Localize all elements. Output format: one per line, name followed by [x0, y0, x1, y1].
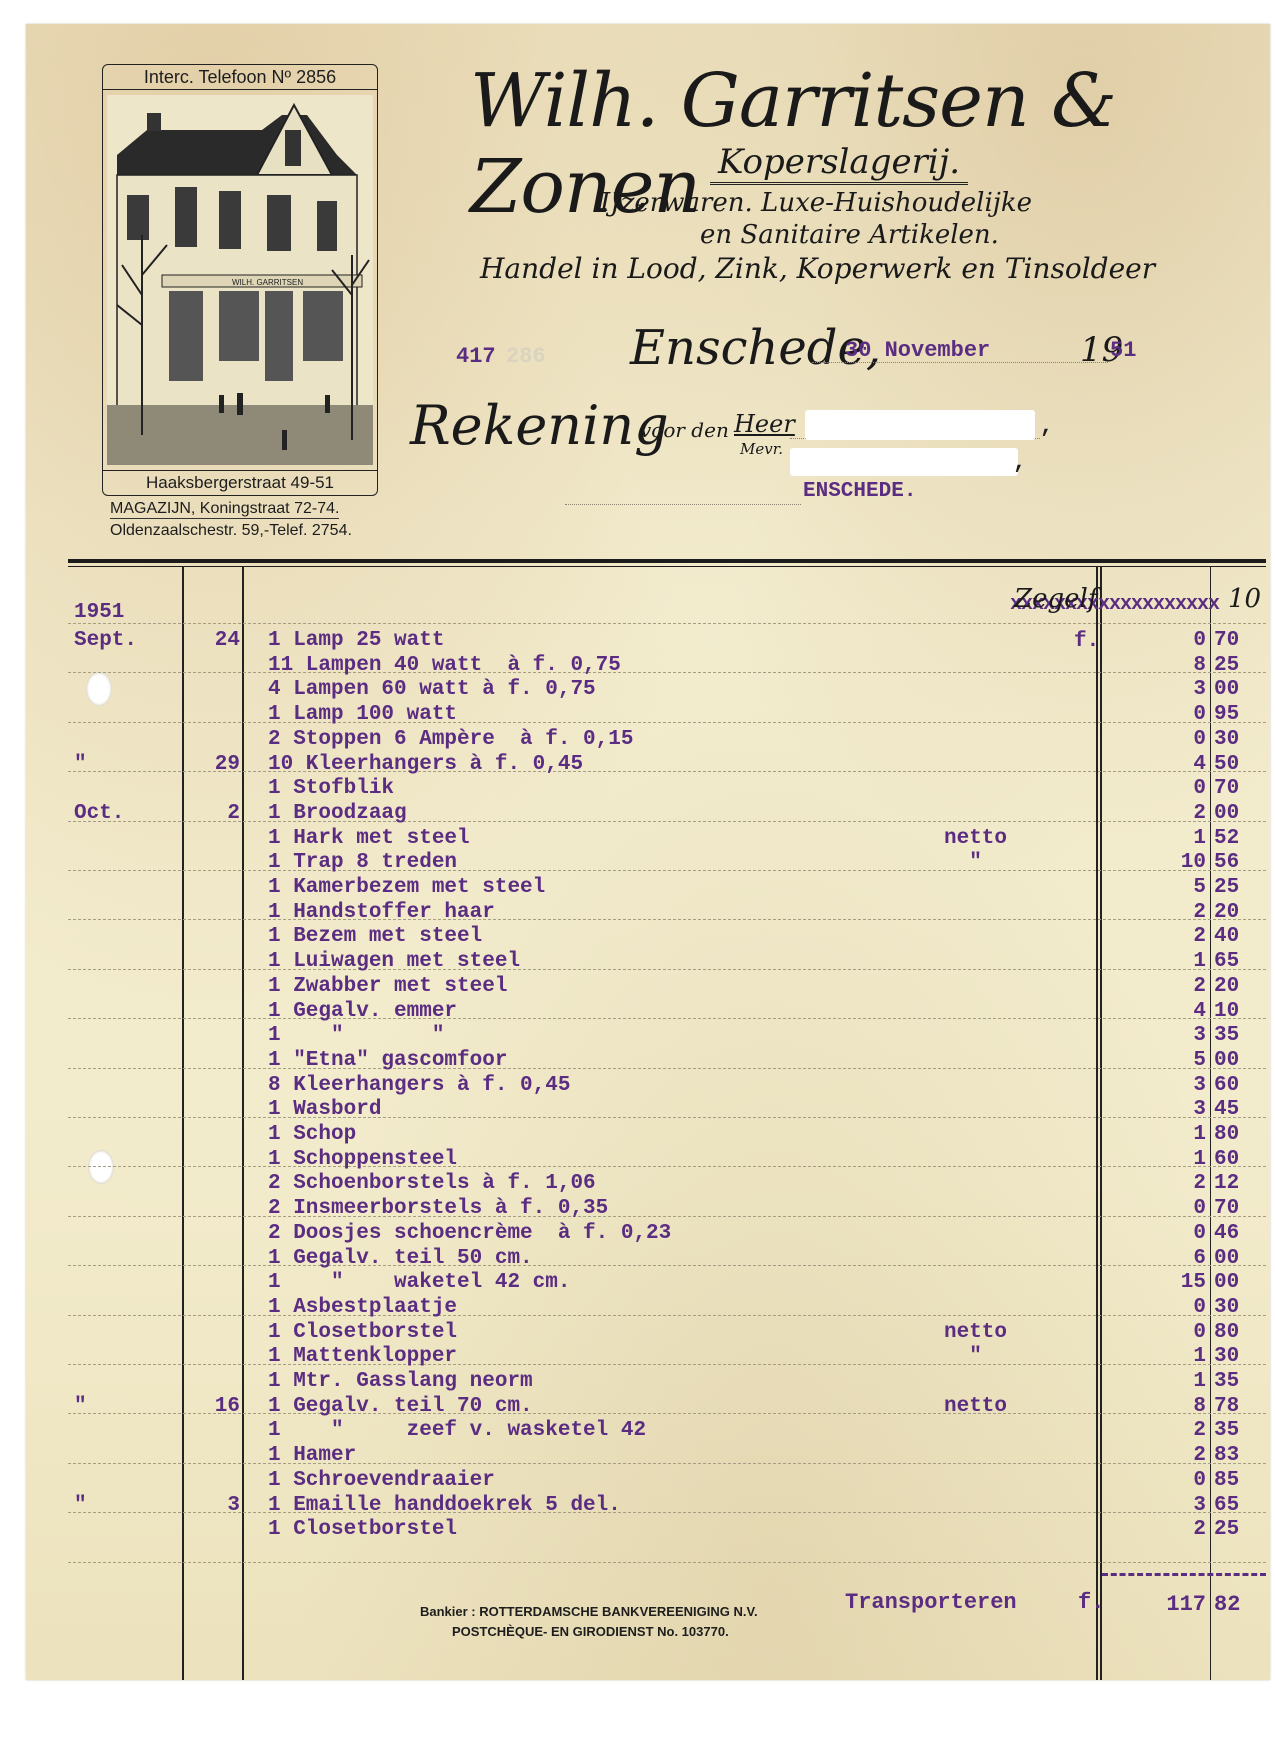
- row-cents: 00: [1214, 801, 1239, 826]
- row-guilders: 0: [1100, 702, 1206, 727]
- table-row: "31 Emaille handdoekrek 5 del.365: [0, 1493, 1275, 1518]
- transport-label: Transporteren: [845, 1590, 1017, 1615]
- total-separator: [1102, 1573, 1266, 1576]
- row-description: 1 Hark met steel: [268, 826, 470, 851]
- row-cents: 00: [1214, 1270, 1239, 1295]
- row-description: 1 Lamp 25 watt: [268, 628, 444, 653]
- row-guilders: 5: [1100, 1048, 1206, 1073]
- row-guilders: 3: [1100, 677, 1206, 702]
- row-description: 1 " zeef v. wasketel 42: [268, 1418, 646, 1443]
- table-row: 1 Closetborstel225: [0, 1517, 1275, 1542]
- row-description: 1 " waketel 42 cm.: [268, 1270, 570, 1295]
- row-cents: 30: [1214, 727, 1239, 752]
- row-cents: 00: [1214, 1048, 1239, 1073]
- row-cents: 78: [1214, 1394, 1239, 1419]
- row-guilders: 4: [1100, 999, 1206, 1024]
- row-cents: 45: [1214, 1097, 1239, 1122]
- row-cents: 35: [1214, 1418, 1239, 1443]
- table-row: 1 Lamp 100 watt095: [0, 702, 1275, 727]
- table-row: 2 Schoenborstels à f. 1,06212: [0, 1171, 1275, 1196]
- row-guilders: 0: [1100, 1320, 1206, 1345]
- row-cents: 50: [1214, 752, 1239, 777]
- row-month: Sept.: [74, 628, 137, 653]
- ghost-number: 286: [506, 344, 546, 369]
- table-row: 11 Lampen 40 watt à f. 0,75825: [0, 653, 1275, 678]
- table-row: "2910 Kleerhangers à f. 0,45450: [0, 752, 1275, 777]
- redacted-customer-name: [805, 410, 1035, 440]
- row-description: 2 Stoppen 6 Ampère à f. 0,15: [268, 727, 633, 752]
- row-cents: 10: [1214, 999, 1239, 1024]
- year-suffix: 51: [1110, 338, 1136, 363]
- ruled-line: [68, 1562, 1266, 1563]
- row-guilders: 1: [1100, 1344, 1206, 1369]
- zegel-label: Zegelf: [1014, 584, 1097, 614]
- row-guilders: 0: [1100, 1221, 1206, 1246]
- table-row: 1 Hamer283: [0, 1443, 1275, 1468]
- invoice-date: 30 November: [845, 338, 990, 363]
- voor-den-label: voor den: [640, 418, 729, 442]
- row-description: 1 Luiwagen met steel: [268, 949, 520, 974]
- row-cents: 80: [1214, 1320, 1239, 1345]
- row-note: netto: [944, 1394, 1007, 1419]
- row-cents: 12: [1214, 1171, 1239, 1196]
- row-guilders: 3: [1100, 1493, 1206, 1518]
- row-description: 1 Emaille handdoekrek 5 del.: [268, 1493, 621, 1518]
- row-guilders: 8: [1100, 653, 1206, 678]
- table-row: 1 Schoppensteel160: [0, 1147, 1275, 1172]
- row-guilders: 2: [1100, 1443, 1206, 1468]
- table-row: "161 Gegalv. teil 70 cm.netto878: [0, 1394, 1275, 1419]
- row-guilders: 1: [1100, 1147, 1206, 1172]
- row-guilders: 2: [1100, 1171, 1206, 1196]
- row-cents: 30: [1214, 1344, 1239, 1369]
- table-row: 4 Lampen 60 watt à f. 0,75300: [0, 677, 1275, 702]
- table-top-rule-thin: [68, 566, 1266, 567]
- svg-text:WILH. GARRITSEN: WILH. GARRITSEN: [232, 278, 303, 287]
- trade-line-2: en Sanitaire Artikelen.: [700, 220, 999, 250]
- row-cents: 35: [1214, 1023, 1239, 1048]
- shop-address: Haaksbergerstraat 49-51: [103, 470, 377, 495]
- table-row: 1 Zwabber met steel220: [0, 974, 1275, 999]
- row-guilders: 2: [1100, 974, 1206, 999]
- row-guilders: 2: [1100, 924, 1206, 949]
- row-description: 1 Mattenklopper: [268, 1344, 457, 1369]
- table-row: 1 " zeef v. wasketel 42235: [0, 1418, 1275, 1443]
- row-note: ": [944, 1344, 982, 1369]
- row-description: 1 Schoppensteel: [268, 1147, 457, 1172]
- row-description: 2 Schoenborstels à f. 1,06: [268, 1171, 596, 1196]
- row-description: 1 Gegalv. emmer: [268, 999, 457, 1024]
- row-day: 29: [176, 752, 240, 777]
- row-description: 1 Zwabber met steel: [268, 974, 507, 999]
- row-guilders: 0: [1100, 628, 1206, 653]
- table-row: 1 " "335: [0, 1023, 1275, 1048]
- mevr-label: Mevr.: [740, 440, 783, 458]
- row-description: 1 Asbestplaatje: [268, 1295, 457, 1320]
- row-cents: 95: [1214, 702, 1239, 727]
- row-description: 1 Bezem met steel: [268, 924, 482, 949]
- row-guilders: 10: [1100, 850, 1206, 875]
- table-row: 1 Stofblik070: [0, 776, 1275, 801]
- table-row: 1 Schroevendraaier085: [0, 1468, 1275, 1493]
- address-comma: ,: [1013, 450, 1026, 475]
- heer-label: Heer: [734, 410, 795, 438]
- row-guilders: 15: [1100, 1270, 1206, 1295]
- name-comma: ,: [1040, 414, 1053, 439]
- row-cents: 00: [1214, 677, 1239, 702]
- row-guilders: 8: [1100, 1394, 1206, 1419]
- row-guilders: 1: [1100, 1122, 1206, 1147]
- row-guilders: 1: [1100, 949, 1206, 974]
- table-row: 1 Schop180: [0, 1122, 1275, 1147]
- row-cents: 56: [1214, 850, 1239, 875]
- table-row: 2 Stoppen 6 Ampère à f. 0,15030: [0, 727, 1275, 752]
- zegel-value: 10: [1228, 584, 1261, 614]
- row-description: 1 Mtr. Gasslang neorm: [268, 1369, 533, 1394]
- row-cents: 65: [1214, 1493, 1239, 1518]
- table-row: Sept.241 Lamp 25 watt070: [0, 628, 1275, 653]
- row-cents: 70: [1214, 1196, 1239, 1221]
- row-description: 1 Closetborstel: [268, 1320, 457, 1345]
- row-guilders: 3: [1100, 1023, 1206, 1048]
- row-note: netto: [944, 1320, 1007, 1345]
- trade-line-3: Handel in Lood, Zink, Koperwerk en Tinso…: [480, 252, 1155, 285]
- table-row: 1 Luiwagen met steel165: [0, 949, 1275, 974]
- table-row: 1 Bezem met steel240: [0, 924, 1275, 949]
- row-day: 16: [176, 1394, 240, 1419]
- row-description: 1 Broodzaag: [268, 801, 407, 826]
- row-guilders: 5: [1100, 875, 1206, 900]
- customer-city: ENSCHEDE.: [803, 480, 916, 503]
- row-guilders: 3: [1100, 1073, 1206, 1098]
- table-year: 1951: [74, 600, 124, 625]
- row-description: 2 Insmeerborstels à f. 0,35: [268, 1196, 608, 1221]
- row-cents: 25: [1214, 1517, 1239, 1542]
- table-row: 1 Wasbord345: [0, 1097, 1275, 1122]
- row-cents: 20: [1214, 900, 1239, 925]
- table-row: 1 Mattenklopper "130: [0, 1344, 1275, 1369]
- telephone-number: Interc. Telefoon Nº 2856: [103, 65, 377, 90]
- row-guilders: 0: [1100, 727, 1206, 752]
- trade-line-1: IJzerwaren. Luxe-Huishoudelijke: [600, 188, 1032, 218]
- row-description: 2 Doosjes schoencrème à f. 0,23: [268, 1221, 671, 1246]
- ruled-line: [68, 623, 1266, 624]
- row-description: 1 Wasbord: [268, 1097, 381, 1122]
- row-guilders: 3: [1100, 1097, 1206, 1122]
- row-guilders: 4: [1100, 752, 1206, 777]
- table-row: 1 Mtr. Gasslang neorm135: [0, 1369, 1275, 1394]
- row-description: 1 "Etna" gascomfoor: [268, 1048, 507, 1073]
- row-description: 11 Lampen 40 watt à f. 0,75: [268, 653, 621, 678]
- row-description: 1 Closetborstel: [268, 1517, 457, 1542]
- table-row: 1 Hark met steelnetto152: [0, 826, 1275, 851]
- row-cents: 46: [1214, 1221, 1239, 1246]
- row-guilders: 2: [1100, 900, 1206, 925]
- row-guilders: 0: [1100, 1196, 1206, 1221]
- row-cents: 25: [1214, 875, 1239, 900]
- row-description: 1 Handstoffer haar: [268, 900, 495, 925]
- table-row: 1 "Etna" gascomfoor500: [0, 1048, 1275, 1073]
- row-cents: 00: [1214, 1246, 1239, 1271]
- row-cents: 70: [1214, 628, 1239, 653]
- city-script: Enschede,: [630, 320, 881, 376]
- row-description: 1 Schop: [268, 1122, 356, 1147]
- table-row: 1 Handstoffer haar220: [0, 900, 1275, 925]
- row-guilders: 1: [1100, 826, 1206, 851]
- row-guilders: 6: [1100, 1246, 1206, 1271]
- row-cents: 83: [1214, 1443, 1239, 1468]
- row-note: ": [944, 850, 982, 875]
- table-row: 8 Kleerhangers à f. 0,45360: [0, 1073, 1275, 1098]
- row-cents: 85: [1214, 1468, 1239, 1493]
- row-description: 8 Kleerhangers à f. 0,45: [268, 1073, 570, 1098]
- row-description: 1 Kamerbezem met steel: [268, 875, 545, 900]
- row-month: Oct.: [74, 801, 124, 826]
- row-day: 3: [176, 1493, 240, 1518]
- trade-title: Koperslagerij.: [710, 142, 968, 185]
- row-description: 1 Trap 8 treden: [268, 850, 457, 875]
- row-description: 1 " ": [268, 1023, 444, 1048]
- row-guilders: 2: [1100, 801, 1206, 826]
- table-top-rule: [68, 559, 1266, 563]
- city-line: [565, 504, 801, 505]
- row-guilders: 0: [1100, 1468, 1206, 1493]
- total-cents: 82: [1214, 1592, 1240, 1617]
- row-guilders: 2: [1100, 1418, 1206, 1443]
- table-row: Oct.21 Broodzaag200: [0, 801, 1275, 826]
- row-guilders: 0: [1100, 1295, 1206, 1320]
- row-note: netto: [944, 826, 1007, 851]
- row-cents: 70: [1214, 776, 1239, 801]
- row-day: 2: [176, 801, 240, 826]
- redacted-customer-address: [790, 448, 1018, 476]
- storefront-building-icon: WILH. GARRITSEN: [107, 95, 373, 465]
- row-guilders: 0: [1100, 776, 1206, 801]
- table-row: 1 Kamerbezem met steel525: [0, 875, 1275, 900]
- total-guilders: 117: [1100, 1592, 1206, 1617]
- bank-line-2: POSTCHÈQUE- EN GIRODIENST No. 103770.: [452, 1624, 729, 1639]
- table-row: 2 Insmeerborstels à f. 0,35070: [0, 1196, 1275, 1221]
- row-cents: 40: [1214, 924, 1239, 949]
- table-row: 1 " waketel 42 cm.1500: [0, 1270, 1275, 1295]
- row-month: ": [74, 1493, 87, 1518]
- row-cents: 80: [1214, 1122, 1239, 1147]
- table-row: 2 Doosjes schoencrème à f. 0,23046: [0, 1221, 1275, 1246]
- branch-address: Oldenzaalschestr. 59,-Telef. 2754.: [110, 522, 352, 540]
- row-description: 1 Lamp 100 watt: [268, 702, 457, 727]
- row-cents: 65: [1214, 949, 1239, 974]
- row-cents: 52: [1214, 826, 1239, 851]
- row-cents: 60: [1214, 1073, 1239, 1098]
- invoice-number: 417: [456, 344, 496, 369]
- letterhead-illustration-box: Interc. Telefoon Nº 2856 WILH. GARRITSEN: [102, 64, 378, 496]
- row-cents: 30: [1214, 1295, 1239, 1320]
- table-row: 1 Trap 8 treden "1056: [0, 850, 1275, 875]
- row-cents: 25: [1214, 653, 1239, 678]
- row-day: 24: [176, 628, 240, 653]
- row-guilders: 1: [1100, 1369, 1206, 1394]
- row-description: 4 Lampen 60 watt à f. 0,75: [268, 677, 596, 702]
- warehouse-address: MAGAZIJN, Koningstraat 72-74.: [110, 500, 339, 519]
- row-description: 1 Gegalv. teil 50 cm.: [268, 1246, 533, 1271]
- invoice-label: Rekening: [410, 394, 669, 457]
- row-description: 1 Schroevendraaier: [268, 1468, 495, 1493]
- table-row: 1 Asbestplaatje030: [0, 1295, 1275, 1320]
- row-cents: 60: [1214, 1147, 1239, 1172]
- table-row: 1 Gegalv. teil 50 cm.600: [0, 1246, 1275, 1271]
- bank-line-1: Bankier : ROTTERDAMSCHE BANKVEREENIGING …: [420, 1604, 758, 1619]
- row-description: 10 Kleerhangers à f. 0,45: [268, 752, 583, 777]
- row-description: 1 Gegalv. teil 70 cm.: [268, 1394, 533, 1419]
- row-month: ": [74, 752, 87, 777]
- row-description: 1 Stofblik: [268, 776, 394, 801]
- row-cents: 20: [1214, 974, 1239, 999]
- table-row: 1 Gegalv. emmer410: [0, 999, 1275, 1024]
- table-row: 1 Closetborstelnetto080: [0, 1320, 1275, 1345]
- row-description: 1 Hamer: [268, 1443, 356, 1468]
- row-cents: 35: [1214, 1369, 1239, 1394]
- row-guilders: 2: [1100, 1517, 1206, 1542]
- row-month: ": [74, 1394, 87, 1419]
